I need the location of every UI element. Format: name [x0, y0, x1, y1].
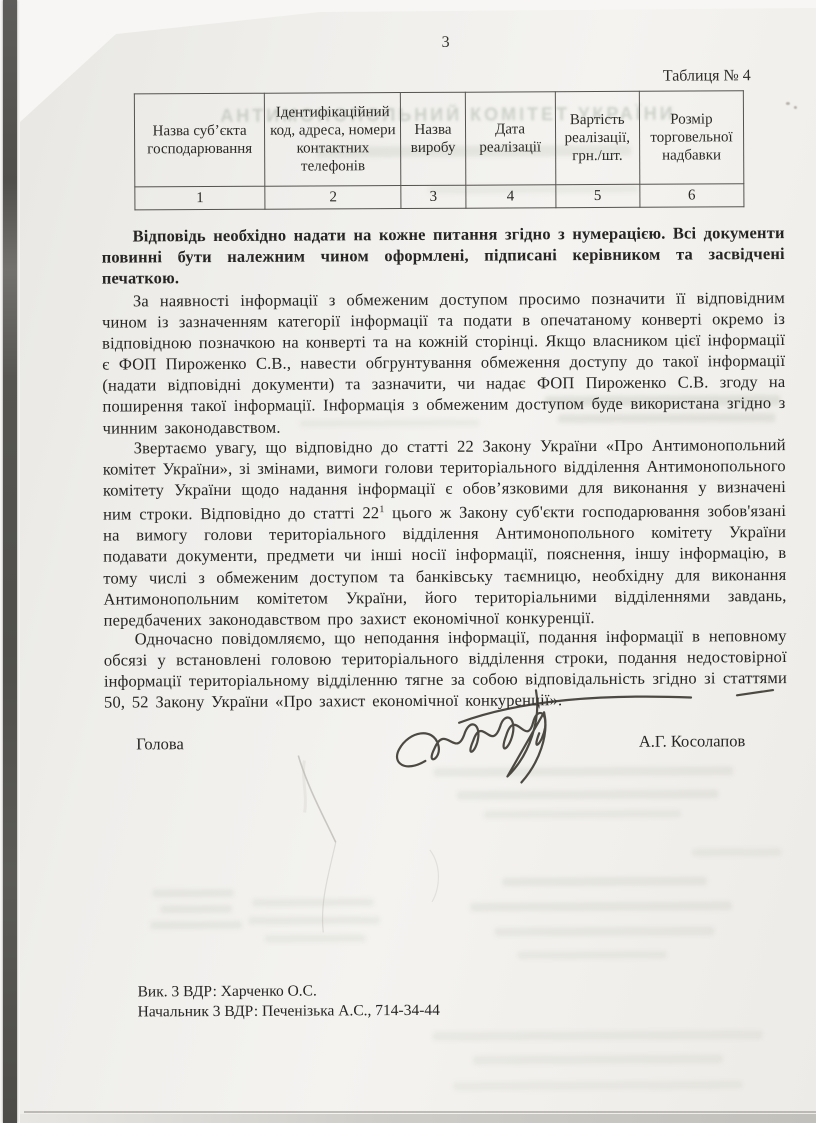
bleed-through-artifact — [470, 901, 732, 911]
col-header-sale-price: Вартість реалізації, грн./шт. — [555, 91, 640, 184]
bleed-through-artifact — [692, 848, 782, 856]
paragraph-restricted-info: За наявності інформації з обмеженим дост… — [102, 287, 786, 438]
paragraph-response-instructions: Відповідь необхідно надати на кожне пита… — [102, 222, 785, 289]
sales-info-table: Назва суб’єкта господарювання Ідентифіка… — [134, 90, 745, 210]
bleed-through-artifact — [484, 810, 682, 819]
crease-line — [303, 761, 305, 813]
col-header-id-code: Ідентифікаційний код, адреса, номери кон… — [265, 93, 402, 187]
bleed-through-artifact — [152, 889, 234, 897]
col-number: 3 — [401, 185, 465, 208]
signature-stroke — [397, 713, 546, 766]
pen-mark — [794, 106, 797, 109]
col-header-entity-name: Назва суб’єкта господарювання — [134, 93, 265, 187]
bleed-through-artifact — [150, 921, 242, 929]
col-header-product-name: Назва виробу — [401, 92, 466, 185]
crease-line — [430, 850, 439, 902]
col-number: 1 — [135, 186, 265, 210]
bleed-through-artifact — [248, 916, 380, 925]
handwritten-signature — [339, 663, 780, 795]
crease-line — [298, 755, 335, 842]
executor-chief-line: Начальник 3 ВДР: Печенізька А.С., 714-34… — [138, 1000, 440, 1021]
executor-block: Вик. 3 ВДР: Харченко О.С. Начальник 3 ВД… — [137, 981, 439, 1022]
pen-mark — [786, 102, 790, 105]
bleed-through-artifact — [264, 934, 366, 943]
bleed-through-artifact — [453, 1080, 743, 1091]
scan-content: АНТИМОНОПОЛЬНИЙ КОМІТЕТ УКРАЇНИ 3 Таблиц… — [0, 0, 816, 1123]
executor-line: Вик. 3 ВДР: Харченко О.С. — [137, 981, 439, 1002]
col-number: 6 — [640, 184, 744, 208]
bleed-through-artifact — [160, 905, 232, 913]
signature-stroke — [459, 696, 691, 722]
col-number: 2 — [265, 186, 401, 210]
bleed-through-artifact — [473, 1054, 723, 1064]
signature-stroke — [737, 690, 773, 695]
bleed-through-artifact — [494, 926, 714, 936]
bleed-through-artifact — [502, 876, 707, 886]
table-number-row: 1 2 3 4 5 6 — [135, 184, 744, 210]
page-number: 3 — [386, 33, 506, 52]
bleed-through-artifact — [252, 898, 374, 907]
bleed-through-artifact — [433, 1030, 763, 1041]
col-number: 5 — [555, 184, 639, 207]
bleed-through-artifact — [517, 951, 667, 960]
col-number: 4 — [465, 185, 555, 208]
col-header-trade-markup: Розмір торговельної надбавки — [639, 91, 744, 185]
table-header-row: Назва суб’єкта господарювання Ідентифіка… — [134, 91, 743, 187]
signer-title: Голова — [136, 734, 184, 754]
table-caption: Таблиця № 4 — [550, 67, 751, 86]
col-header-sale-date: Дата реалізації — [465, 92, 556, 185]
paragraph-legal-obligation: Звертаємо увагу, що відповідно до статті… — [103, 434, 787, 630]
